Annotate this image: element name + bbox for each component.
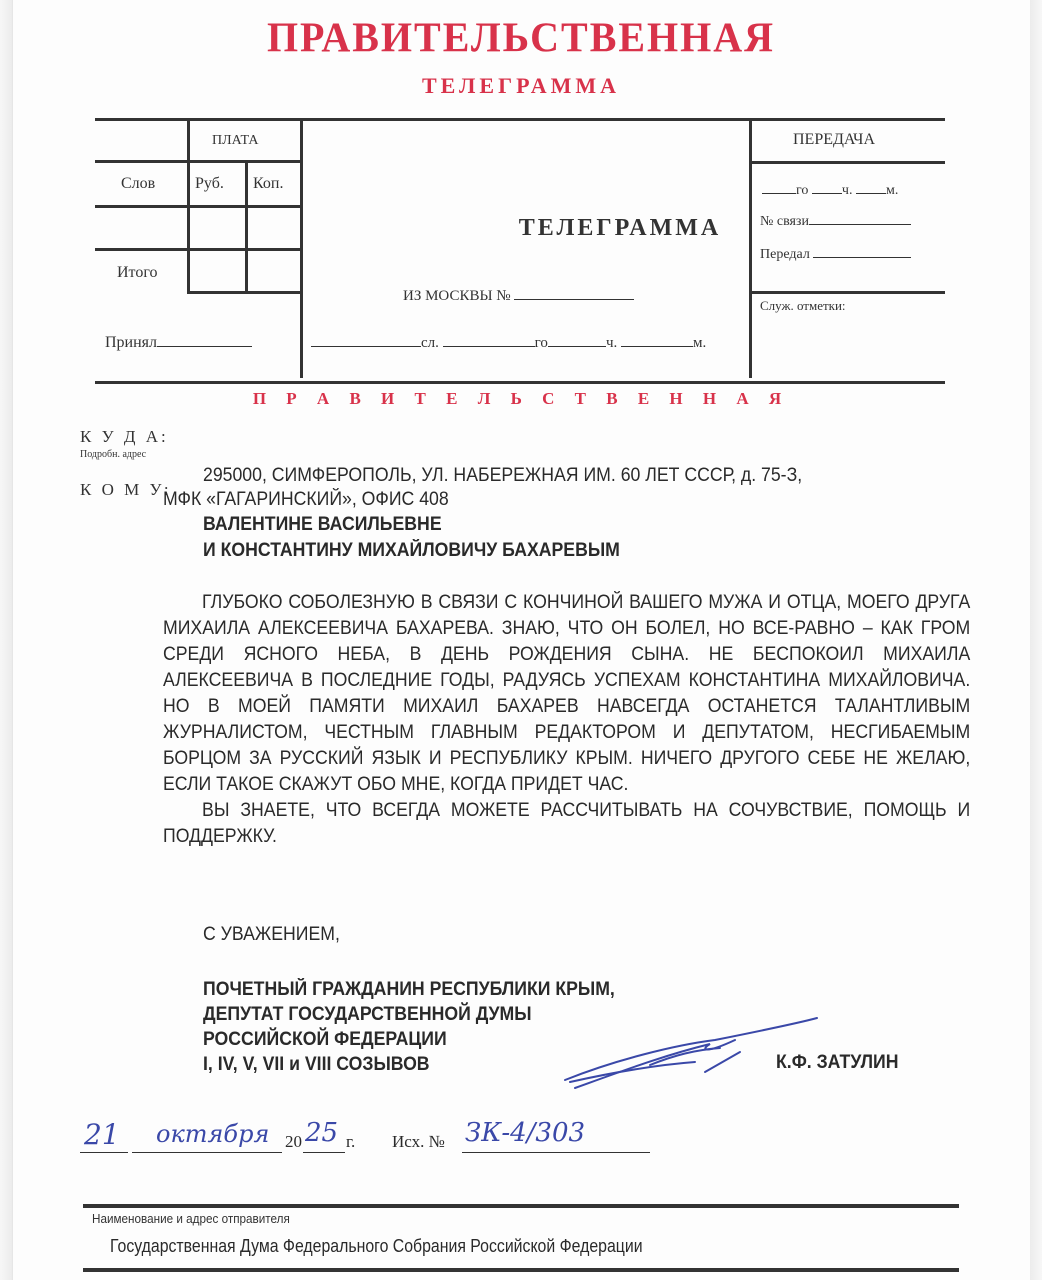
where-label: К У Д А: — [80, 427, 169, 447]
divider — [187, 291, 303, 294]
hour-suffix: ч. — [606, 335, 617, 351]
payment-header: ПЛАТА — [212, 133, 258, 149]
divider — [749, 161, 945, 164]
to-label: К О М У: — [80, 480, 172, 500]
footer-divider — [83, 1204, 959, 1208]
detailed-address-label: Подробн. адрес — [80, 449, 146, 460]
date-line: 21 октября 20 25 г. Исх. № ЗК-4/303 — [80, 1118, 680, 1158]
outgoing-number: ЗК-4/303 — [465, 1118, 585, 1148]
signer-title: ПОЧЕТНЫЙ ГРАЖДАНИН РЕСПУБЛИКИ КРЫМ, ДЕПУ… — [203, 977, 615, 1077]
date-day: 21 — [84, 1118, 120, 1151]
sender-label: Наименование и адрес отправителя — [92, 1211, 290, 1226]
sender-value: Государственная Дума Федерального Собран… — [110, 1236, 643, 1257]
page-edge-left — [0, 0, 12, 1280]
service-marks-label: Служ. отметки: — [760, 298, 846, 314]
signer-name: К.Ф. ЗАТУЛИН — [776, 1052, 899, 1074]
divider — [95, 205, 303, 208]
time-fields[interactable]: сл. гоч. м. — [311, 332, 706, 352]
year-prefix: 20 — [285, 1132, 302, 1152]
accepted-blank[interactable] — [157, 332, 252, 347]
from-moscow-field[interactable]: ИЗ МОСКВЫ № — [403, 285, 634, 305]
transfer-header: ПЕРЕДАЧА — [793, 131, 875, 149]
divider — [95, 160, 303, 163]
year-suffix: 25 — [305, 1118, 338, 1148]
divider — [95, 248, 303, 251]
kop-label: Коп. — [253, 175, 283, 193]
document-title: ПРАВИТЕЛЬСТВЕННАЯ — [0, 13, 1042, 62]
total-label: Итого — [117, 264, 158, 282]
sent-by-blank[interactable] — [813, 243, 911, 258]
address-line-2: МФК «ГАГАРИНСКИЙ», ОФИС 408 — [163, 489, 449, 511]
government-label: П Р А В И Т Е Л Ь С Т В Е Н Н А Я — [0, 389, 1042, 409]
outgoing-label: Исх. № — [392, 1132, 445, 1152]
closing-regards: С УВАЖЕНИЕМ, — [203, 924, 340, 946]
rub-label: Руб. — [195, 175, 224, 193]
letter-paragraph: ВЫ ЗНАЕТЕ, ЧТО ВСЕГДА МОЖЕТЕ РАССЧИТЫВАТ… — [163, 798, 970, 850]
divider — [749, 291, 945, 294]
from-moscow-label: ИЗ МОСКВЫ № — [403, 288, 511, 304]
minute-blank[interactable] — [621, 332, 693, 347]
letter-body: ГЛУБОКО СОБОЛЕЗНУЮ В СВЯЗИ С КОНЧИНОЙ ВА… — [163, 590, 970, 850]
recipient-line-2: И КОНСТАНТИНУ МИХАЙЛОВИЧУ БАХАРЕВЫМ — [203, 540, 620, 562]
minute-suffix: м. — [693, 335, 706, 351]
accepted-label: Принял — [105, 334, 157, 351]
from-moscow-blank[interactable] — [514, 285, 634, 300]
hour-blank[interactable] — [548, 332, 606, 347]
recipient-line-1: ВАЛЕНТИНЕ ВАСИЛЬЕВНЕ — [203, 514, 442, 536]
words-blank[interactable] — [311, 332, 421, 347]
letter-paragraph: ГЛУБОКО СОБОЛЕЗНУЮ В СВЯЗИ С КОНЧИНОЙ ВА… — [163, 590, 970, 798]
transfer-time-fields[interactable]: го ч. м. — [762, 179, 898, 199]
divider — [749, 121, 752, 378]
day-suffix: го — [535, 335, 548, 351]
date-month: октября — [156, 1120, 269, 1148]
footer-divider — [83, 1268, 959, 1272]
sent-by-label: Передал — [760, 247, 810, 262]
document-subtitle: ТЕЛЕГРАММА — [0, 73, 1042, 99]
words-suffix: сл. — [421, 335, 439, 351]
accepted-field[interactable]: Принял — [105, 332, 252, 352]
form-center-title: ТЕЛЕГРАММА — [395, 215, 845, 242]
telegram-form-box: ПЛАТА Слов Руб. Коп. Итого Принял ИЗ МОС… — [95, 118, 945, 384]
year-label: г. — [346, 1132, 355, 1152]
address-line-1: 295000, СИМФЕРОПОЛЬ, УЛ. НАБЕРЕЖНАЯ ИМ. … — [203, 463, 966, 489]
day-blank[interactable] — [443, 332, 535, 347]
sent-by-field[interactable]: Передал — [760, 243, 911, 263]
divider — [245, 163, 248, 293]
page-edge-right — [1030, 0, 1042, 1280]
words-label: Слов — [121, 175, 155, 193]
